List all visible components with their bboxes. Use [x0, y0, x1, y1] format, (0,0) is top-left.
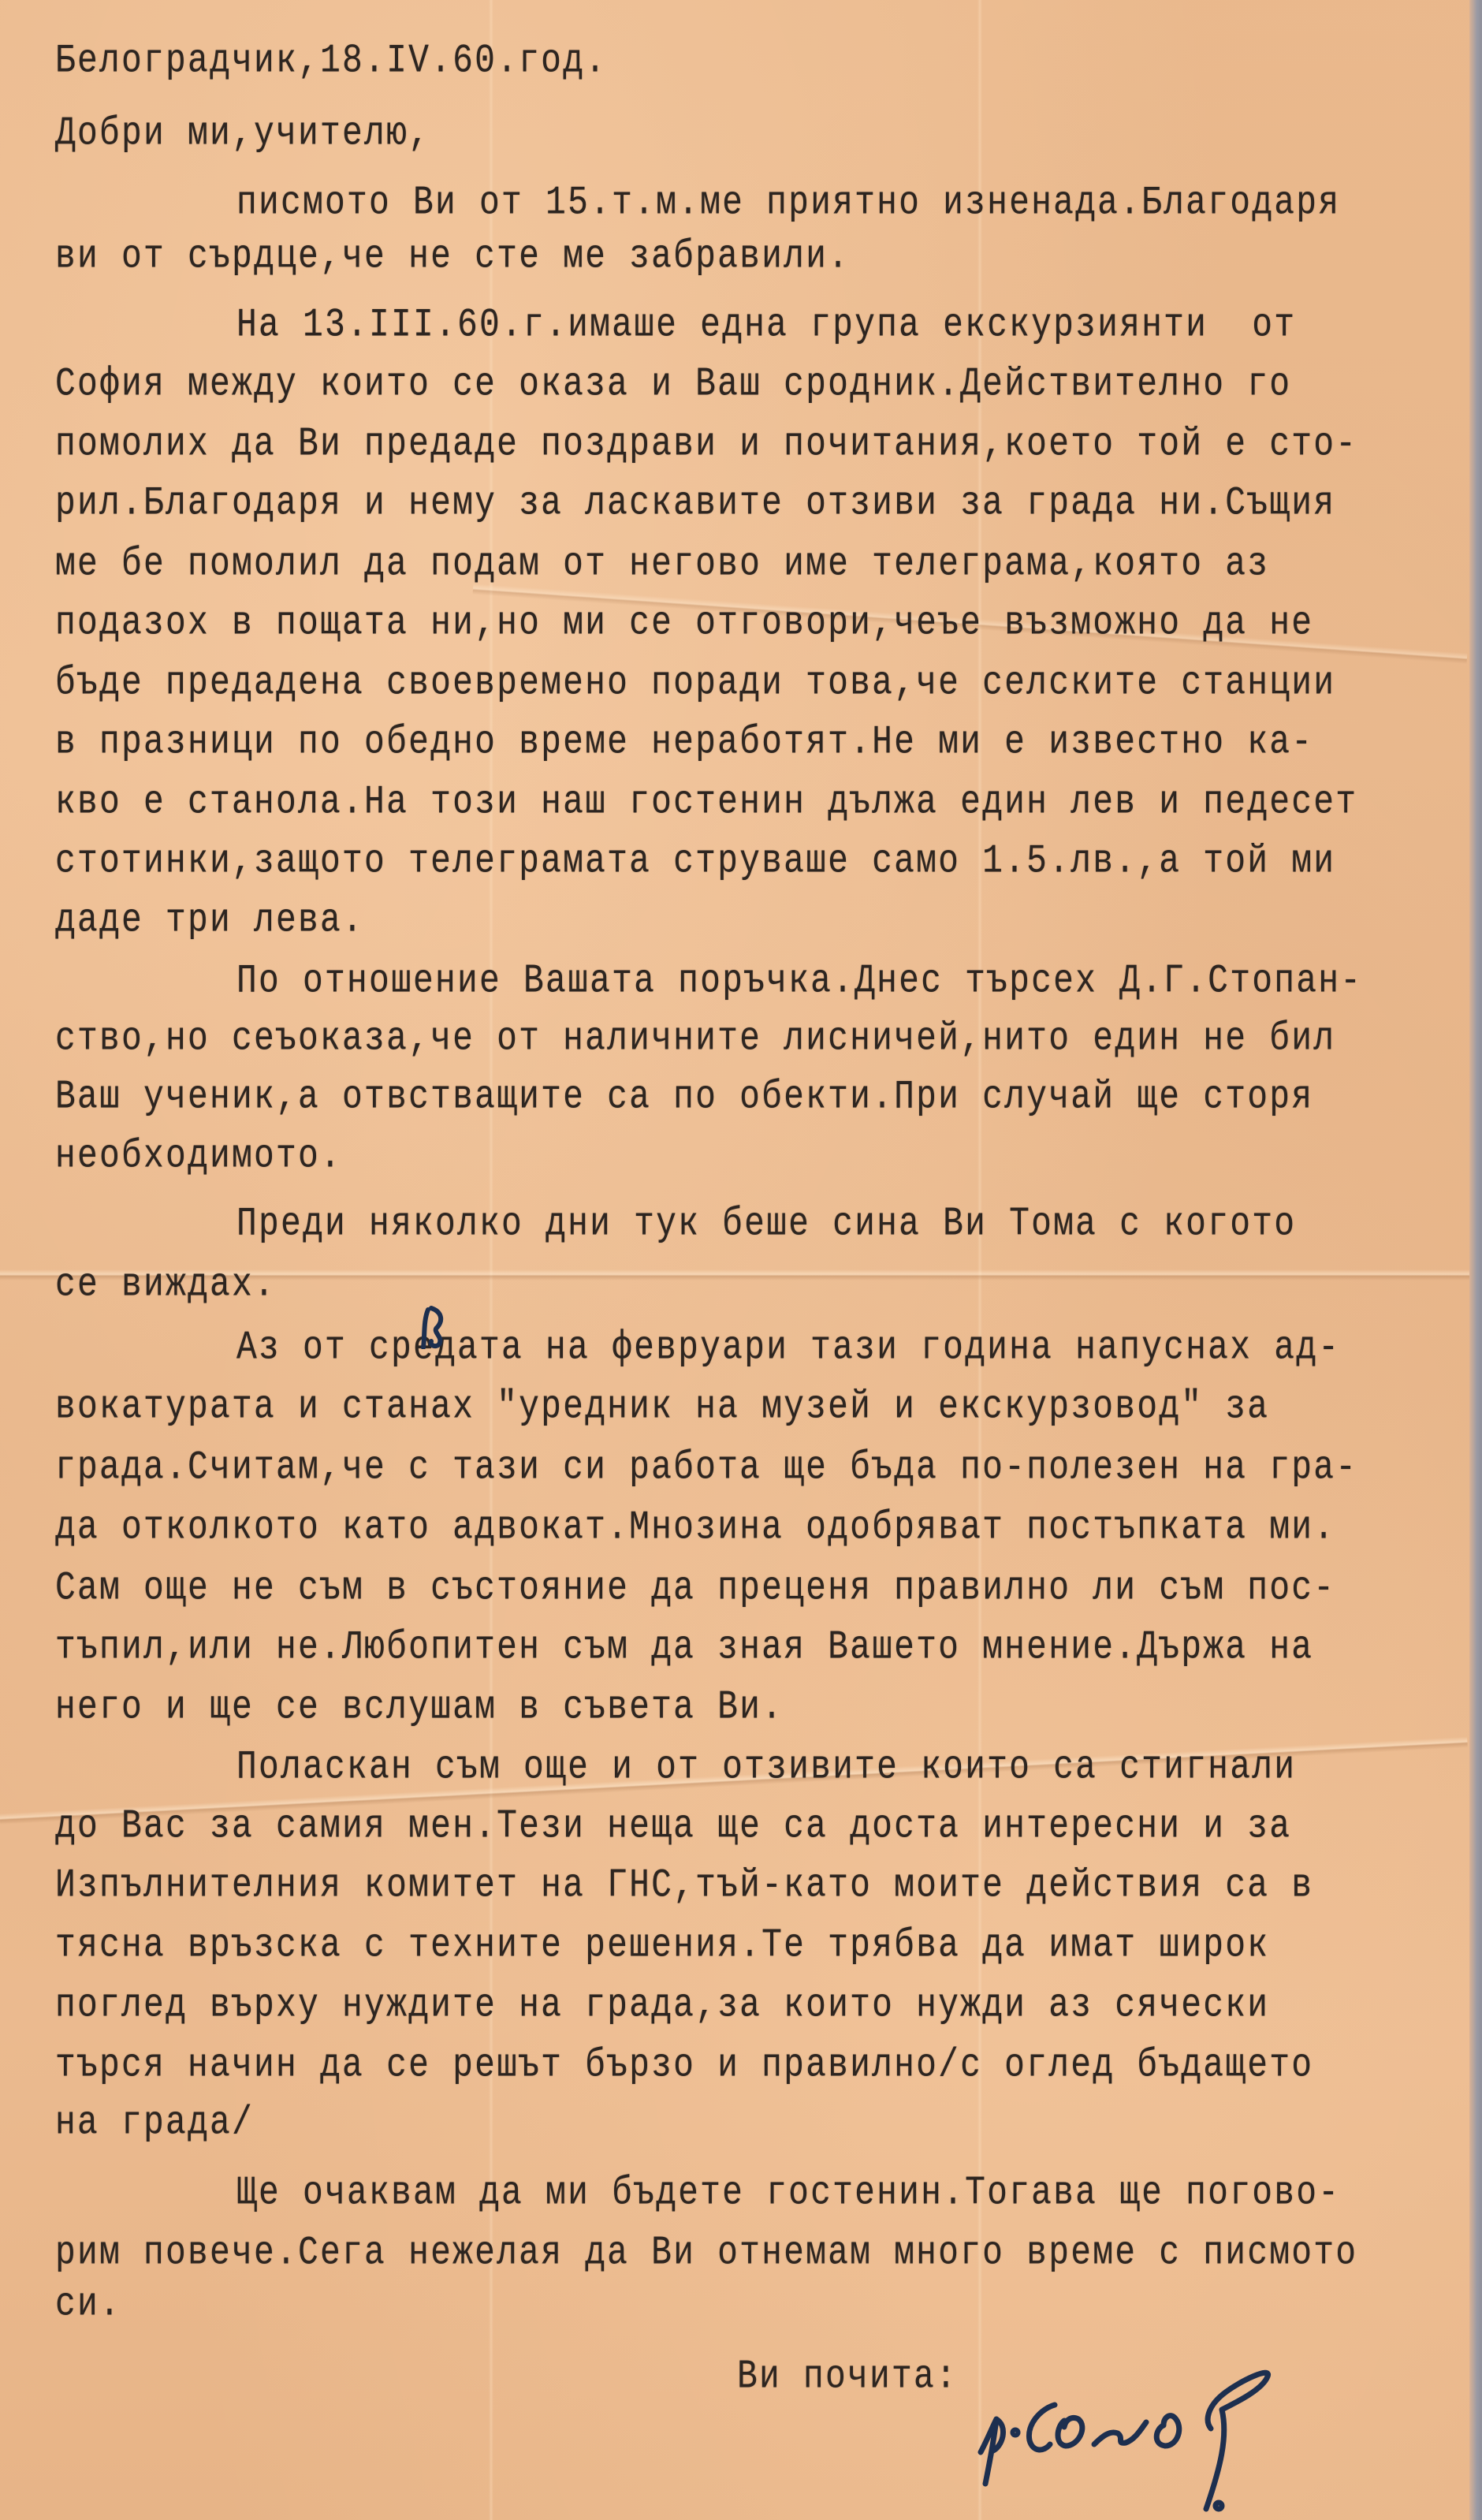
place-date: Белоградчик,18.IV.60.год.	[55, 38, 607, 84]
text-line: бъде предадена своевремено поради това,ч…	[55, 660, 1335, 706]
text-line: Ваш ученик,а отвстващите са по обекти.Пр…	[55, 1074, 1313, 1120]
ink-correction-mark	[420, 1305, 449, 1349]
text-line: София между които се оказа и Ваш сродник…	[55, 361, 1291, 407]
text-line: даде три лева.	[55, 897, 364, 943]
text-line: си.	[55, 2281, 121, 2327]
text-line: да отколкото като адвокат.Мнозина одобря…	[55, 1504, 1335, 1550]
text-line: Аз от средата на февруари тази година на…	[236, 1325, 1340, 1370]
text-line: ме бе помолил да подам от негово име тел…	[55, 541, 1269, 587]
text-line: него и ще се вслушам в съвета Ви.	[55, 1684, 784, 1730]
text-line: града.Считам,че с тази си работа ще бъда…	[55, 1445, 1357, 1490]
closing: Ви почита:	[737, 2354, 958, 2399]
text-line: Сам още не съм в състояние да преценя пр…	[55, 1565, 1335, 1611]
text-line: необходимото.	[55, 1133, 342, 1179]
text-line: рим повече.Сега нежелая да Ви отнемам мн…	[55, 2230, 1357, 2276]
text-line: Преди няколко дни тук беше сина Ви Тома …	[236, 1201, 1296, 1247]
text-line: писмото Ви от 15.т.м.ме приятно изненада…	[236, 180, 1340, 226]
text-line: на града/	[55, 2100, 254, 2145]
text-line: помолих да Ви предаде поздрави и почитан…	[55, 421, 1357, 467]
text-line: кво е станола.На този наш гостенин дължа…	[55, 779, 1357, 825]
paper-edge	[1469, 0, 1482, 2520]
text-line: подазох в пощата ни,но ми се отговори,че…	[55, 600, 1313, 646]
text-line: тясна връзска с техните решения.Те трябв…	[55, 1922, 1269, 1968]
text-line: На 13.III.60.г.имаше една група екскурзи…	[236, 302, 1296, 348]
text-line: По отношение Вашата поръчка.Днес търсех …	[236, 958, 1362, 1004]
text-line: вокатурата и станах "уредник на музей и …	[55, 1384, 1269, 1430]
text-line: Изпълнителния комитет на ГНС,тъй-като мо…	[55, 1862, 1313, 1908]
text-line: поглед върху нуждите на града,за които н…	[55, 1982, 1269, 2028]
text-line: ство,но сеъоказа,че от наличните лисниче…	[55, 1016, 1335, 1061]
text-line: търся начин да се решът бързо и правилно…	[55, 2042, 1313, 2088]
text-line: в празници по обедно време неработят.Не …	[55, 719, 1313, 765]
text-line: рил.Благодаря и нему за ласкавите отзиви…	[55, 480, 1335, 526]
text-line: се виждах.	[55, 1262, 276, 1307]
text-line: ви от сърдце,че не сте ме забравили.	[55, 233, 850, 279]
handwritten-signature	[977, 2334, 1340, 2515]
text-line: Ще очаквам да ми бъдете гостенин.Тогава …	[236, 2170, 1340, 2216]
text-line: Поласкан съм още и от отзивите които са …	[236, 1744, 1296, 1790]
text-line: тъпил,или не.Любопитен съм да зная Вашет…	[55, 1624, 1313, 1670]
text-line: стотинки,защото телеграмата струваше сам…	[55, 838, 1335, 884]
salutation: Добри ми,учителю,	[55, 110, 430, 156]
text-line: до Вас за самия мен.Тези неща ще са дост…	[55, 1803, 1291, 1849]
